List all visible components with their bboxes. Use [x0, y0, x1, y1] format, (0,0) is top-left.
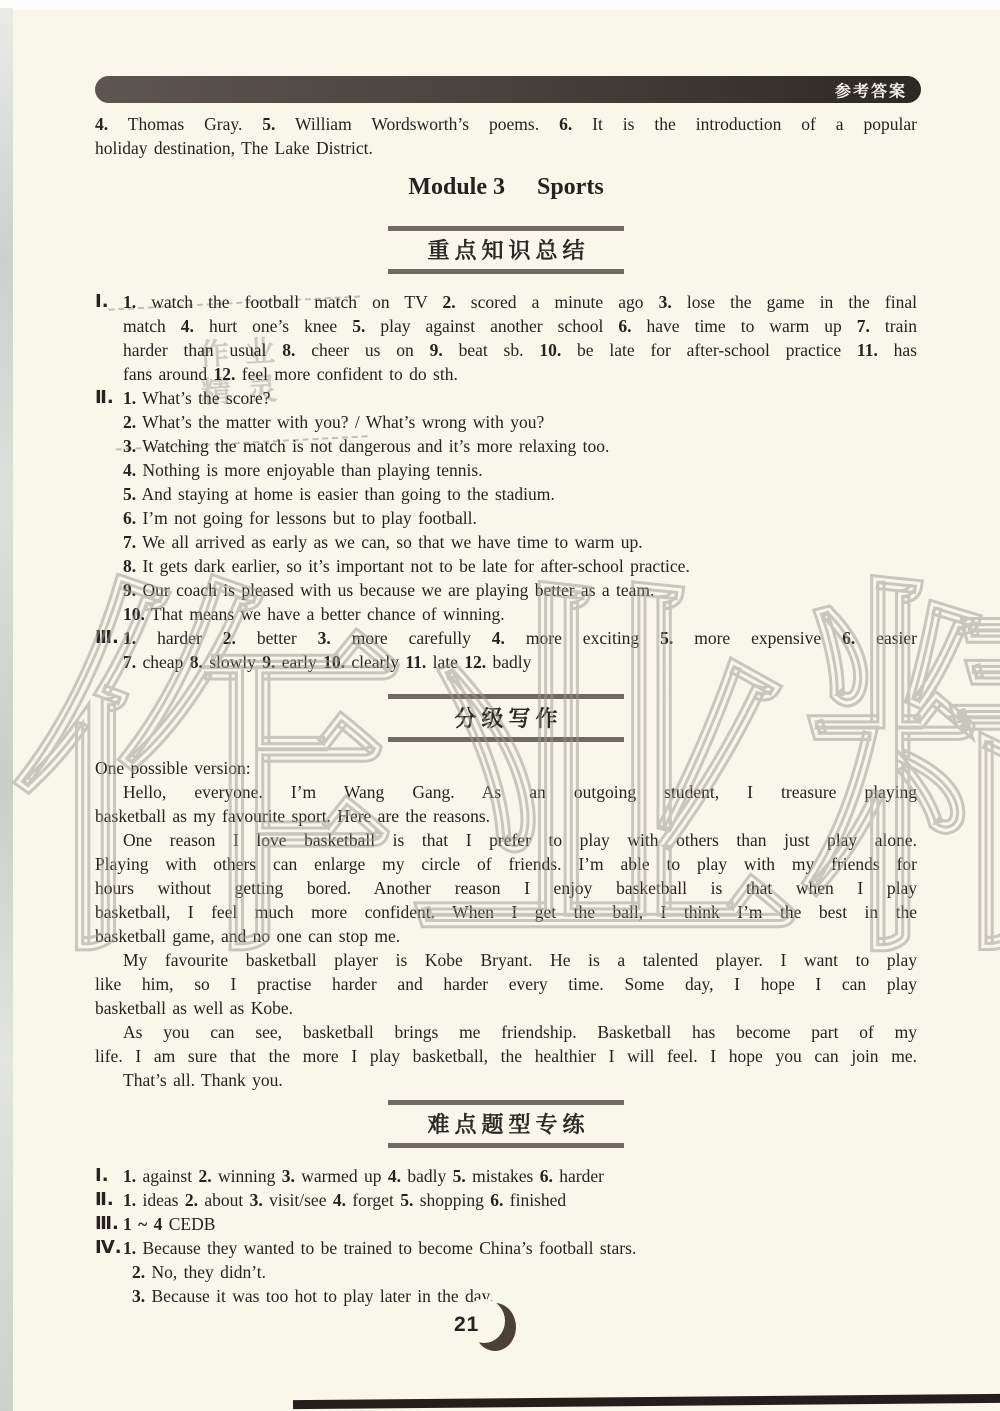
- writing-line: life. I am sure that the more I play bas…: [95, 1044, 917, 1068]
- writing-line: Playing with others can enlarge my circl…: [95, 852, 917, 876]
- module-subject: Sports: [537, 174, 604, 200]
- answer-line: 6. I’m not going for lessons but to play…: [123, 506, 917, 530]
- answer-line: 5. And staying at home is easier than go…: [123, 482, 917, 506]
- answer-line: 9. Our coach is pleased with us because …: [123, 578, 917, 602]
- section-header-label: 重点知识总结: [427, 238, 589, 263]
- scan-bottom-edge: [293, 1394, 1000, 1409]
- summary-section-3-body: 1. harder 2. better 3. more carefully 4.…: [123, 626, 917, 674]
- practice-section-3: Ⅲ. 1 ~ 4 CEDB: [95, 1212, 917, 1236]
- writing-line: hours without getting bored. Another rea…: [95, 876, 917, 900]
- writing-line: basketball, I feel much more confident. …: [95, 900, 917, 924]
- answer-line: 2. What’s the matter with you? / What’s …: [123, 410, 917, 434]
- answer-line: 1 ~ 4 CEDB: [123, 1212, 917, 1236]
- writing-line: My favourite basketball player is Kobe B…: [95, 948, 917, 972]
- summary-section-1-body: 1. watch the football match on TV 2. sco…: [123, 290, 917, 386]
- summary-section-3: Ⅲ. 1. harder 2. better 3. more carefully…: [95, 626, 917, 674]
- roman-numeral: Ⅰ.: [95, 290, 123, 386]
- roman-numeral: Ⅲ.: [95, 1212, 123, 1236]
- answer-line: 1. against 2. winning 3. warmed up 4. ba…: [123, 1164, 917, 1188]
- writing-paragraph-3: My favourite basketball player is Kobe B…: [95, 948, 917, 1020]
- answer-line: 3. Watching the match is not dangerous a…: [123, 434, 917, 458]
- practice-section-1: Ⅰ. 1. against 2. winning 3. warmed up 4.…: [95, 1164, 917, 1188]
- page-footer: 21: [452, 1303, 538, 1361]
- scan-left-torn-edge: [0, 8, 13, 1411]
- answer-line: 1. What’s the score?: [123, 386, 917, 410]
- writing-line: like him, so I practise harder and harde…: [95, 972, 917, 996]
- section-header-graded-writing: 分级写作: [388, 694, 624, 742]
- section-header-difficult-practice: 难点题型专练: [388, 1100, 624, 1148]
- carryover-answers: 4. Thomas Gray. 5. William Wordsworth’s …: [95, 112, 917, 160]
- page-title: Module 3Sports: [95, 172, 917, 202]
- page-content: 4. Thomas Gray. 5. William Wordsworth’s …: [95, 112, 917, 1308]
- writing-line: As you can see, basketball brings me fri…: [95, 1020, 917, 1044]
- crescent-moon-icon: [474, 1303, 516, 1351]
- writing-paragraph-1: Hello, everyone. I’m Wang Gang. As an ou…: [95, 780, 917, 828]
- writing-paragraph-4: As you can see, basketball brings me fri…: [95, 1020, 917, 1068]
- writing-label: One possible version:: [95, 756, 917, 780]
- page-number: 21: [454, 1313, 479, 1337]
- answer-key-banner: 参考答案: [95, 76, 921, 103]
- answer-line: 1. watch the football match on TV 2. sco…: [123, 290, 917, 314]
- answer-line: harder than usual 8. cheer us on 9. beat…: [123, 338, 917, 362]
- writing-paragraph-2: One reason I love basketball is that I p…: [95, 828, 917, 948]
- section-header-label: 分级写作: [454, 706, 562, 731]
- scan-top-edge: [0, 0, 1000, 10]
- summary-section-1: Ⅰ. 1. watch the football match on TV 2. …: [95, 290, 917, 386]
- summary-section-2-body: 1. What’s the score? 2. What’s the matte…: [123, 386, 917, 626]
- scanned-answer-page: { "page": { "badge": "参考答案", "number": "…: [0, 0, 1000, 1411]
- answer-line: 8. It gets dark earlier, so it’s importa…: [123, 554, 917, 578]
- writing-paragraph-5: That’s all. Thank you.: [95, 1068, 917, 1092]
- module-label: Module 3: [408, 174, 505, 200]
- roman-numeral: Ⅲ.: [95, 626, 123, 674]
- writing-line: Hello, everyone. I’m Wang Gang. As an ou…: [95, 780, 917, 804]
- answer-line: 1. harder 2. better 3. more carefully 4.…: [123, 626, 917, 650]
- writing-line: One reason I love basketball is that I p…: [95, 828, 917, 852]
- writing-section: One possible version: Hello, everyone. I…: [95, 756, 917, 1092]
- roman-numeral: Ⅱ.: [95, 1188, 123, 1212]
- practice-section-2: Ⅱ. 1. ideas 2. about 3. visit/see 4. for…: [95, 1188, 917, 1212]
- answer-line: holiday destination, The Lake District.: [95, 136, 917, 160]
- roman-numeral: Ⅰ.: [95, 1164, 123, 1188]
- answer-line: match 4. hurt one’s knee 5. play against…: [123, 314, 917, 338]
- writing-line: basketball as my favourite sport. Here a…: [95, 804, 917, 828]
- answer-key-badge: 参考答案: [835, 78, 907, 101]
- section-header-key-knowledge: 重点知识总结: [388, 226, 624, 274]
- answer-line: 7. cheap 8. slowly 9. early 10. clearly …: [123, 650, 917, 674]
- writing-line: basketball game, and no one can stop me.: [95, 924, 917, 948]
- answer-line: 7. We all arrived as early as we can, so…: [123, 530, 917, 554]
- answer-line: 1. Because they wanted to be trained to …: [123, 1236, 917, 1260]
- writing-line: That’s all. Thank you.: [95, 1068, 917, 1092]
- roman-numeral: Ⅱ.: [95, 386, 123, 626]
- answer-line: 2. No, they didn’t.: [123, 1260, 917, 1284]
- roman-numeral: Ⅳ.: [95, 1236, 123, 1308]
- answer-line: 4. Thomas Gray. 5. William Wordsworth’s …: [95, 112, 917, 136]
- answer-line: 10. That means we have a better chance o…: [123, 602, 917, 626]
- practice-section-4: Ⅳ. 1. Because they wanted to be trained …: [95, 1236, 917, 1308]
- writing-line: basketball as well as Kobe.: [95, 996, 917, 1020]
- summary-section-2: Ⅱ. 1. What’s the score? 2. What’s the ma…: [95, 386, 917, 626]
- answer-line: 4. Nothing is more enjoyable than playin…: [123, 458, 917, 482]
- answer-line: 1. ideas 2. about 3. visit/see 4. forget…: [123, 1188, 917, 1212]
- answer-line: fans around 12. feel more confident to d…: [123, 362, 917, 386]
- section-header-label: 难点题型专练: [427, 1112, 589, 1137]
